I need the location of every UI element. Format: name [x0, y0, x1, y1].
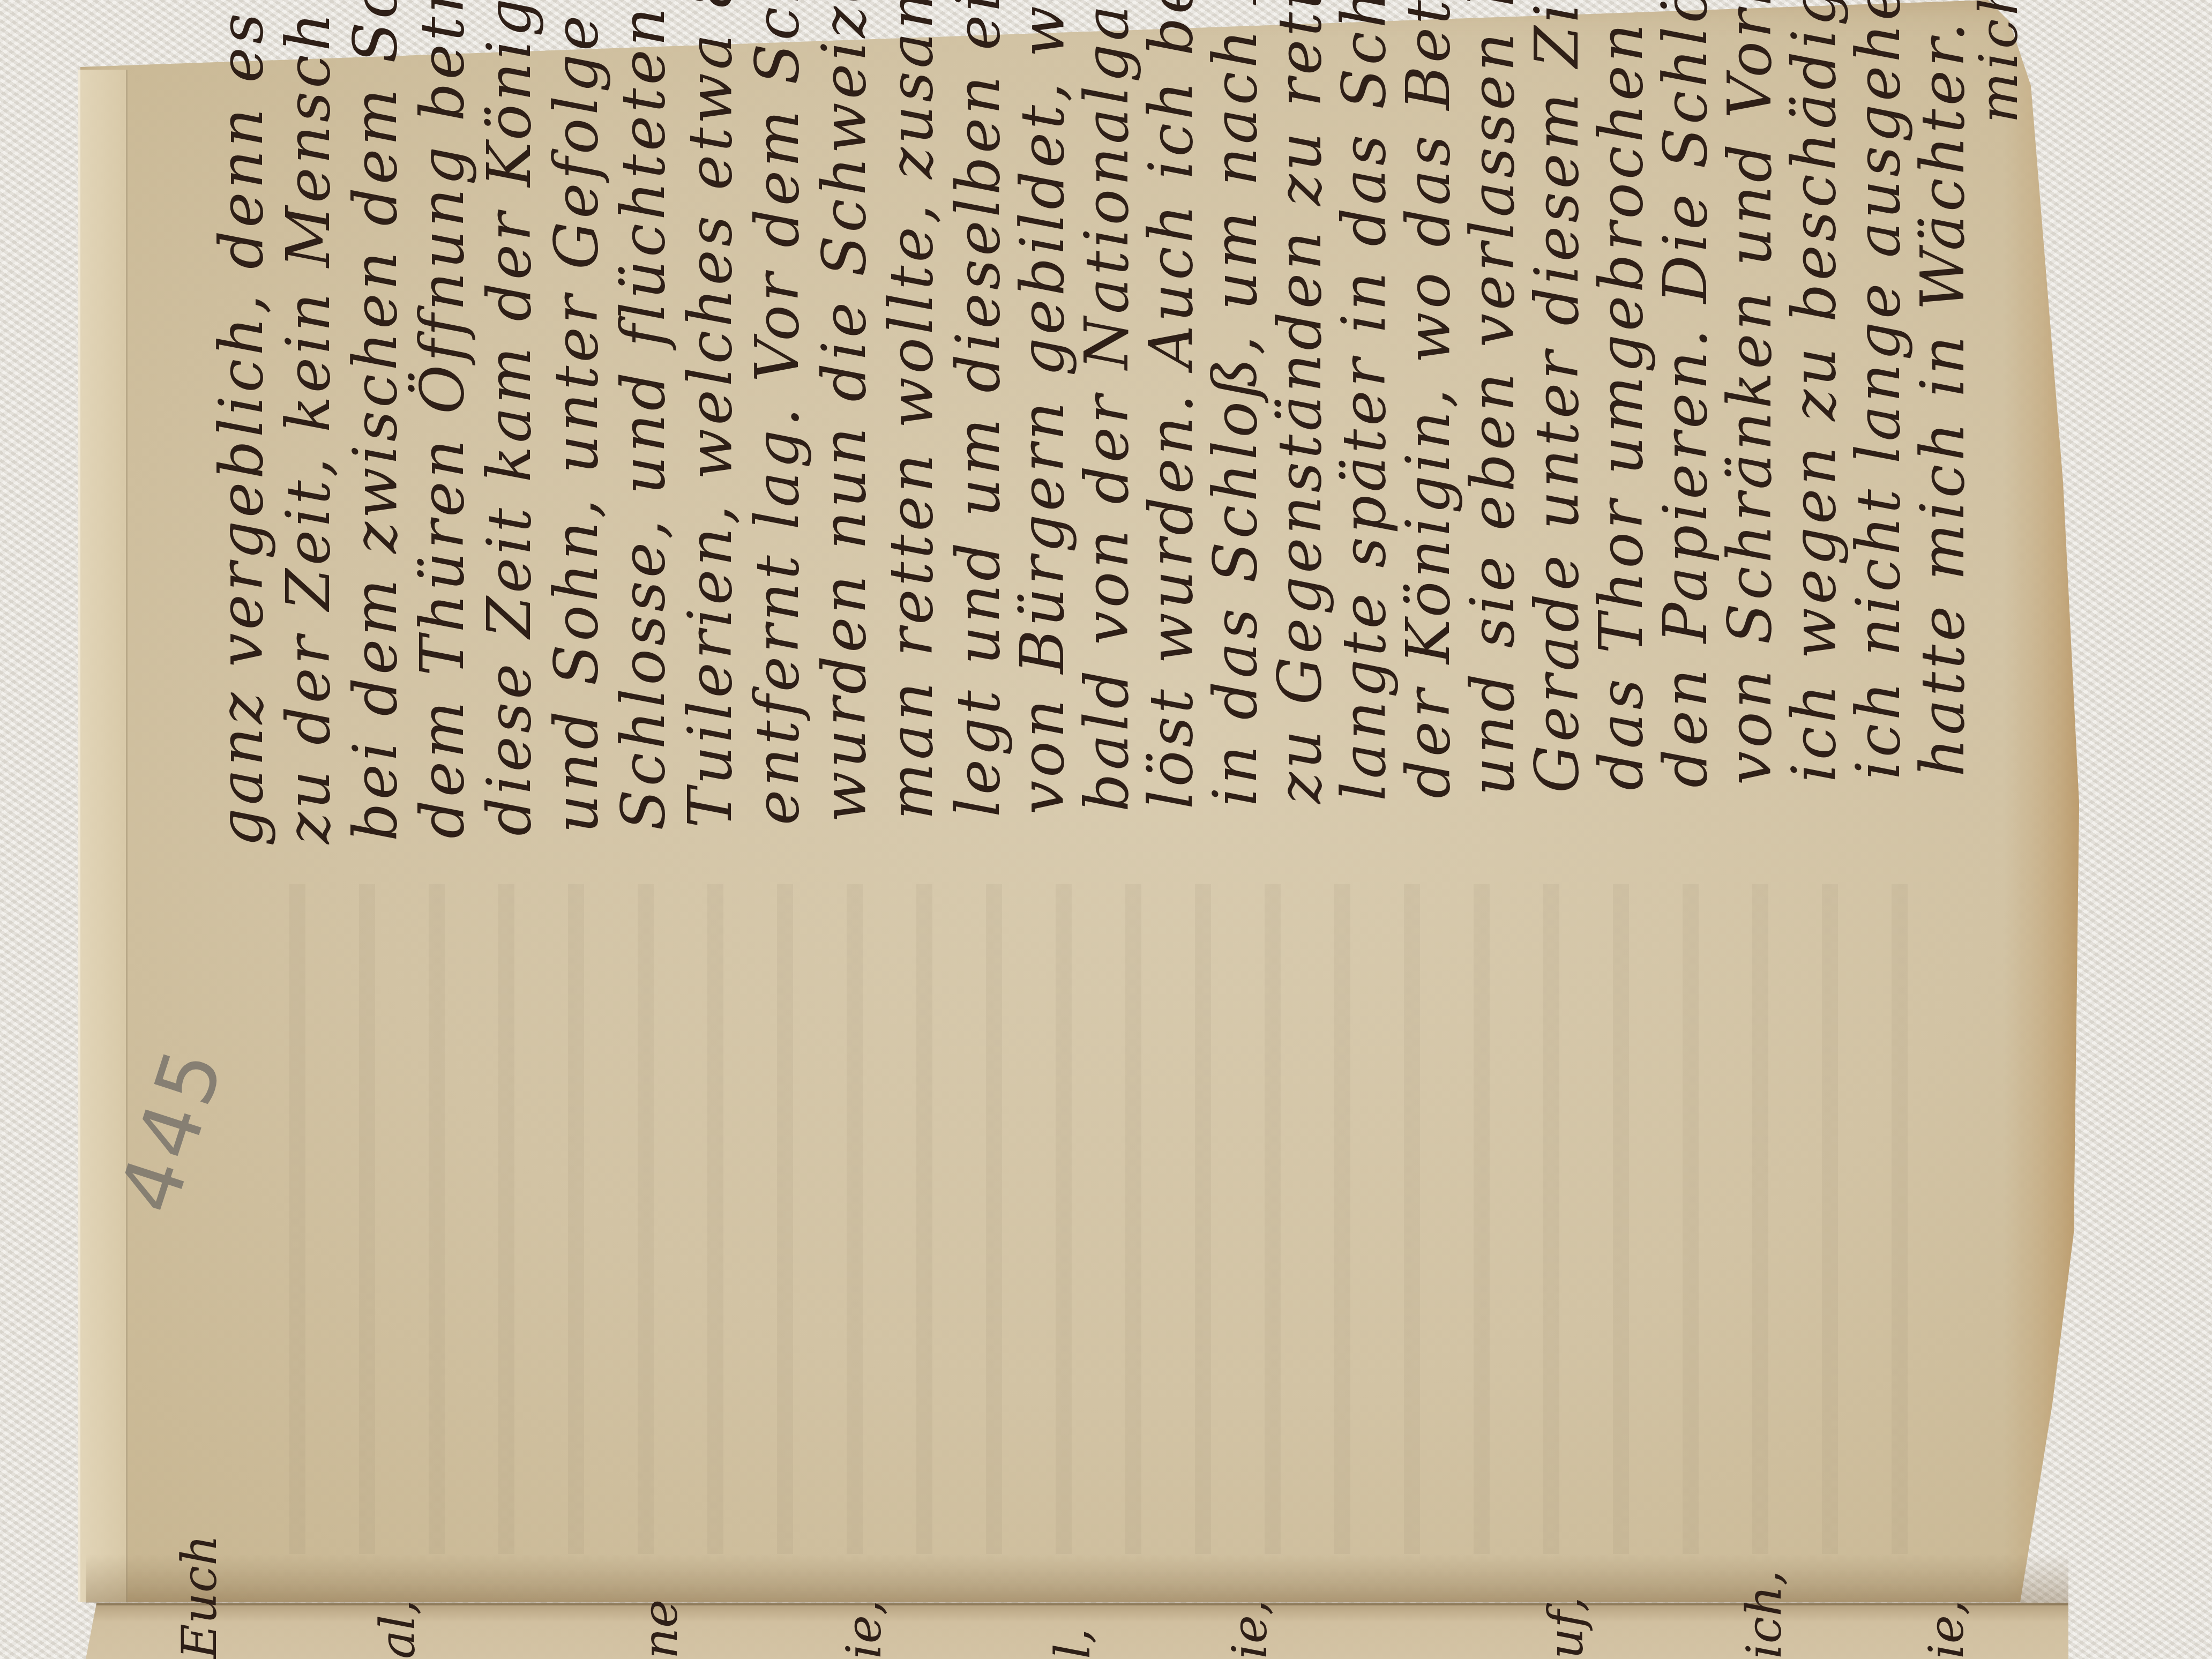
- manuscript-line: zu Gegenständen zu retten, und ge-: [1270, 0, 1330, 804]
- next-page-fragment: ne: [632, 1600, 689, 1659]
- manuscript-line: in das Schloß, um nach Leuchter zu,: [1206, 0, 1266, 806]
- manuscript-line: zu der Zeit, kein Mensch der Armee,: [279, 0, 339, 844]
- manuscript-line: das Thor umgebrochen und mit: [1591, 0, 1651, 790]
- next-page-fragment: Euch: [171, 1535, 228, 1659]
- manuscript-line: löst wurden. Auch ich begab mich: [1141, 0, 1201, 809]
- manuscript-line: diese Zeit kam der König, die Königin: [480, 0, 540, 836]
- book-gutter: [80, 70, 128, 1602]
- manuscript-line: und Sohn, unter Gefolge aus dem: [547, 0, 607, 833]
- catchword: mich: [1972, 0, 2026, 123]
- manuscript-line: Schlosse, und flüchteten sich in das Sch…: [614, 0, 674, 831]
- manuscript-line: bei dem zwischen dem Schloß und: [346, 0, 406, 841]
- next-page-fragment: ich,: [1736, 1570, 1792, 1659]
- manuscript-line: ganz vergeblich, denn es konnte, wer,: [212, 0, 272, 847]
- manuscript-line: ich nicht lange ausgehen, denn ich: [1849, 0, 1909, 780]
- manuscript-line: ich wegen zu beschädigten, konnte: [1784, 0, 1844, 782]
- next-page-fragment: ie,: [1222, 1600, 1278, 1659]
- manuscript-line: langte später in das Schlafzimmer: [1334, 0, 1394, 801]
- manuscript-line: der Königin, wo das Bett stand,: [1399, 0, 1459, 798]
- manuscript-line: den Papieren. Die Schlösser: [1656, 0, 1716, 788]
- next-page-fragment: al,: [370, 1600, 426, 1659]
- next-page-fragment: ie,: [836, 1600, 892, 1659]
- manuscript-line: Gerade unter diesem Zimmer war: [1527, 0, 1587, 793]
- manuscript-line: Tuilerien, welches etwa 800 Schritte: [681, 0, 741, 828]
- manuscript-line: von Bürgern gebildet, welche aber: [1013, 0, 1073, 814]
- manuscript-line: und sie eben verlassen haben.: [1463, 0, 1523, 796]
- manuscript-line: entfernt lag. Vor dem Schloß: [748, 0, 808, 825]
- manuscript-line: dem Thüren Öffnung betreten. Um: [413, 0, 473, 839]
- next-page-fragment: l,: [1045, 1628, 1101, 1659]
- manuscript-line: bald von der Nationalgarde abge-: [1077, 0, 1137, 812]
- manuscript-line: wurden nun die Schweizer Garde, welche: [814, 0, 875, 823]
- manuscript-line: legt und um dieselben ein Kreis: [948, 0, 1008, 817]
- next-page-fragment: uf,: [1538, 1596, 1594, 1659]
- manuscript-line: hatte mich in Wächter. Und halt: [1913, 0, 1973, 777]
- manuscript-line: man retten wollte, zusammenge-: [881, 0, 941, 820]
- manuscript-line: von Schränken und Vorhängen, die: [1720, 0, 1780, 785]
- next-page-fragment: ie,: [1918, 1600, 1975, 1659]
